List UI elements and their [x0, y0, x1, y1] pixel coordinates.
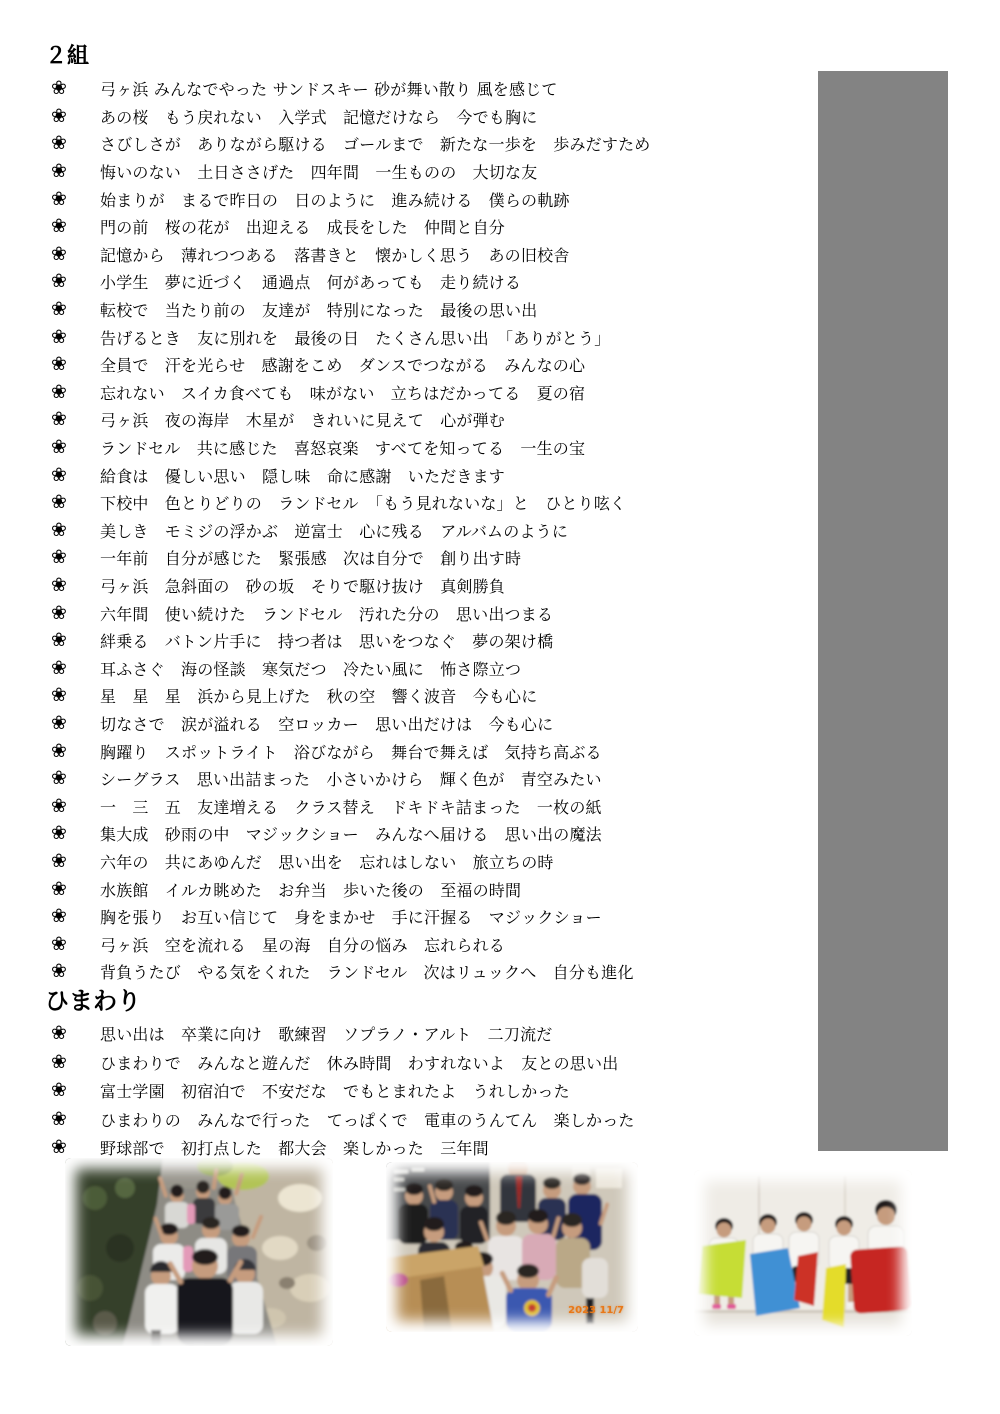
poem-text: 集大成 砂雨の中 マジックショー みんなへ届ける 思い出の魔法: [100, 822, 602, 845]
class2-section-heading: ２組: [45, 44, 820, 70]
flower-bullet-icon: ❀: [48, 880, 70, 899]
poem-text: 全員で 汗を光らせ 感謝をこめ ダンスでつながる みんなの心: [100, 353, 585, 376]
flower-bullet-icon: ❀: [48, 1138, 70, 1157]
poem-text: シーグラス 思い出詰まった 小さいかけら 輝く色が 青空みたい: [100, 767, 602, 790]
poem-text: 一 三 五 友達増える クラス替え ドキドキ詰まった 一枚の紙: [100, 795, 602, 818]
poem-line: ❀告げるとき 友に別れを 最後の日 たくさん思い出 「ありがとう」: [45, 323, 820, 351]
poem-text: 美しき モミジの浮かぶ 逆富士 心に残る アルバムのように: [100, 519, 568, 542]
flower-bullet-icon: ❀: [48, 300, 70, 319]
poem-line: ❀一 三 五 友達増える クラス替え ドキドキ詰まった 一枚の紙: [45, 792, 820, 820]
poem-text: 弓ヶ浜 夜の海岸 木星が きれいに見えて 心が弾む: [100, 408, 505, 431]
poem-line: ❀弓ヶ浜 夜の海岸 木星が きれいに見えて 心が弾む: [45, 406, 820, 434]
gray-placeholder-bar: [818, 71, 948, 1151]
flower-bullet-icon: ❀: [48, 769, 70, 788]
poem-text: 悔いのない 土日ささげた 四年間 一生ものの 大切な友: [100, 160, 537, 183]
poem-line: ❀六年の 共にあゆんだ 思い出を 忘れはしない 旅立ちの時: [45, 848, 820, 876]
himawari-section-heading: ひまわり: [45, 987, 820, 1015]
flower-bullet-icon: ❀: [48, 907, 70, 926]
poem-line: ❀下校中 色とりどりの ランドセル 「もう見れないな」と ひとり呟く: [45, 489, 820, 517]
poem-document-body: ２組 ❀弓ヶ浜 みんなでやった サンドスキー 砂が舞い散り 風を感じて❀あの桜 …: [45, 44, 820, 1162]
flower-bullet-icon: ❀: [48, 1053, 70, 1072]
flower-bullet-icon: ❀: [48, 1024, 70, 1043]
flower-bullet-icon: ❀: [48, 217, 70, 236]
flower-bullet-icon: ❀: [48, 935, 70, 954]
flower-bullet-icon: ❀: [48, 79, 70, 98]
poem-text: 一年前 自分が感じた 緊張感 次は自分で 創り出す時: [100, 546, 521, 569]
flower-bullet-icon: ❀: [48, 438, 70, 457]
poem-text: 背負うたび やる気をくれた ランドセル 次はリュックへ 自分も進化: [100, 960, 634, 983]
photo-classroom-group: 2023 11/7: [386, 1162, 638, 1332]
poem-line: ❀一年前 自分が感じた 緊張感 次は自分で 創り出す時: [45, 544, 820, 572]
poem-text: 星 星 星 浜から見上げた 秋の空 響く波音 今も心に: [100, 684, 537, 707]
pink-shoe: [712, 1304, 721, 1309]
flower-bullet-icon: ❀: [48, 631, 70, 650]
poem-line: ❀ひまわりの みんなで行った てっぱくで 電車のうんてん 楽しかった: [45, 1105, 820, 1134]
poem-line: ❀全員で 汗を光らせ 感謝をこめ ダンスでつながる みんなの心: [45, 351, 820, 379]
flower-bullet-icon: ❀: [48, 1081, 70, 1100]
poem-line: ❀耳ふさぐ 海の怪談 寒気だつ 冷たい風に 怖さ際立つ: [45, 654, 820, 682]
flower-bullet-icon: ❀: [48, 107, 70, 126]
poem-line: ❀水族館 イルカ眺めた お弁当 歩いた後の 至福の時間: [45, 875, 820, 903]
poem-line: ❀記憶から 薄れつつある 落書きと 懐かしく思う あの旧校舎: [45, 241, 820, 269]
poem-text: ひまわりの みんなで行った てっぱくで 電車のうんてん 楽しかった: [100, 1108, 635, 1131]
poem-text: 思い出は 卒業に向け 歌練習 ソプラノ・アルト 二刀流だ: [100, 1022, 552, 1045]
poem-line: ❀あの桜 もう戻れない 入学式 記憶だけなら 今でも胸に: [45, 103, 820, 131]
poem-text: 切なさで 涙が溢れる 空ロッカー 思い出だけは 今も心に: [100, 712, 553, 735]
poem-line: ❀小学生 夢に近づく 通過点 何があっても 走り続ける: [45, 268, 820, 296]
poem-line: ❀ランドセル 共に感じた 喜怒哀楽 すべてを知ってる 一生の宝: [45, 434, 820, 462]
flower-bullet-icon: ❀: [48, 383, 70, 402]
poem-text: ランドセル 共に感じた 喜怒哀楽 すべてを知ってる 一生の宝: [100, 436, 585, 459]
poem-text: ひまわりで みんなと遊んだ 休み時間 わすれないよ 友との思い出: [100, 1051, 618, 1074]
flower-bullet-icon: ❀: [48, 493, 70, 512]
flower-bullet-icon: ❀: [48, 245, 70, 264]
photo-colored-flags: [694, 1170, 912, 1336]
flower-bullet-icon: ❀: [48, 162, 70, 181]
flower-bullet-icon: ❀: [48, 355, 70, 374]
poem-line: ❀絆乗る バトン片手に 持つ者は 思いをつなぐ 夢の架け橋: [45, 627, 820, 655]
poem-text: 給食は 優しい思い 隠し味 命に感謝 いただきます: [100, 464, 505, 487]
flower-bullet-icon: ❀: [48, 410, 70, 429]
desks: [386, 1246, 494, 1332]
class2-poem-list: ❀弓ヶ浜 みんなでやった サンドスキー 砂が舞い散り 風を感じて❀あの桜 もう戻…: [45, 75, 820, 986]
yellow-cloth: [822, 1264, 846, 1328]
red-cloth-large: [850, 1246, 912, 1314]
floor: [694, 1313, 912, 1336]
poem-line: ❀星 星 星 浜から見上げた 秋の空 響く波音 今も心に: [45, 682, 820, 710]
poem-line: ❀美しき モミジの浮かぶ 逆富士 心に残る アルバムのように: [45, 517, 820, 545]
poem-text: 忘れない スイカ食べても 味がない 立ちはだかってる 夏の宿: [100, 381, 585, 404]
flower-bullet-icon: ❀: [48, 852, 70, 871]
poem-text: 弓ヶ浜 空を流れる 星の海 自分の悩み 忘れられる: [100, 933, 505, 956]
page: { "page": { "background": "#ffffff", "bu…: [0, 0, 1000, 1414]
poem-text: 弓ヶ浜 みんなでやった サンドスキー 砂が舞い散り 風を感じて: [100, 77, 558, 100]
poem-line: ❀門の前 桜の花が 出迎える 成長をした 仲間と自分: [45, 213, 820, 241]
flower-bullet-icon: ❀: [48, 576, 70, 595]
poem-text: 六年の 共にあゆんだ 思い出を 忘れはしない 旅立ちの時: [100, 850, 554, 873]
photo-trail-walk: [65, 1158, 333, 1346]
poem-line: ❀給食は 優しい思い 隠し味 命に感謝 いただきます: [45, 461, 820, 489]
front-child-hoodie: [177, 1278, 233, 1346]
himawari-poem-list: ❀思い出は 卒業に向け 歌練習 ソプラノ・アルト 二刀流だ❀ひまわりで みんなと…: [45, 1020, 820, 1163]
poem-line: ❀集大成 砂雨の中 マジックショー みんなへ届ける 思い出の魔法: [45, 820, 820, 848]
flower-bullet-icon: ❀: [48, 714, 70, 733]
poem-text: 絆乗る バトン片手に 持つ者は 思いをつなぐ 夢の架け橋: [100, 629, 553, 652]
poem-line: ❀弓ヶ浜 空を流れる 星の海 自分の悩み 忘れられる: [45, 930, 820, 958]
poem-line: ❀富士学園 初宿泊で 不安だな でもとまれたよ うれしかった: [45, 1077, 820, 1106]
poem-line: ❀シーグラス 思い出詰まった 小さいかけら 輝く色が 青空みたい: [45, 765, 820, 793]
flower-bullet-icon: ❀: [48, 521, 70, 540]
poem-line: ❀背負うたび やる気をくれた ランドセル 次はリュックへ 自分も進化: [45, 958, 820, 986]
poem-text: 水族館 イルカ眺めた お弁当 歩いた後の 至福の時間: [100, 878, 521, 901]
flower-bullet-icon: ❀: [48, 1110, 70, 1129]
poem-text: 始まりが まるで昨日の 日のように 進み続ける 僕らの軌跡: [100, 188, 570, 211]
poem-line: ❀弓ヶ浜 みんなでやった サンドスキー 砂が舞い散り 風を感じて: [45, 75, 820, 103]
chartreuse-cloth: [698, 1240, 746, 1298]
poem-line: ❀転校で 当たり前の 友達が 特別になった 最後の思い出: [45, 296, 820, 324]
poem-line: ❀さびしさが ありながら駆ける ゴールまで 新たな一歩を 歩みだすため: [45, 130, 820, 158]
poem-line: ❀忘れない スイカ食べても 味がない 立ちはだかってる 夏の宿: [45, 379, 820, 407]
poem-text: 野球部で 初打点した 都大会 楽しかった 三年間: [100, 1136, 489, 1159]
flower-bullet-icon: ❀: [48, 328, 70, 347]
flower-bullet-icon: ❀: [48, 548, 70, 567]
poem-text: 胸を張り お互い信じて 身をまかせ 手に汗握る マジックショー: [100, 905, 602, 928]
flower-bullet-icon: ❀: [48, 604, 70, 623]
poem-text: 下校中 色とりどりの ランドセル 「もう見れないな」と ひとり呟く: [100, 491, 626, 514]
flower-bullet-icon: ❀: [48, 190, 70, 209]
poem-line: ❀六年間 使い続けた ランドセル 汚れた分の 思い出つまる: [45, 599, 820, 627]
poem-line: ❀始まりが まるで昨日の 日のように 進み続ける 僕らの軌跡: [45, 185, 820, 213]
poem-text: 小学生 夢に近づく 通過点 何があっても 走り続ける: [100, 270, 521, 293]
poem-text: 告げるとき 友に別れを 最後の日 たくさん思い出 「ありがとう」: [100, 326, 610, 349]
poem-text: 胸躍り スポットライト 浴びながら 舞台で舞えば 気持ち高ぶる: [100, 740, 602, 763]
poem-text: 転校で 当たり前の 友達が 特別になった 最後の思い出: [100, 298, 537, 321]
poem-line: ❀切なさで 涙が溢れる 空ロッカー 思い出だけは 今も心に: [45, 710, 820, 738]
flower-bullet-icon: ❀: [48, 686, 70, 705]
photo-date-stamp: 2023 11/7: [568, 1305, 624, 1316]
flower-bullet-icon: ❀: [48, 272, 70, 291]
flower-bullet-icon: ❀: [48, 824, 70, 843]
poem-line: ❀ひまわりで みんなと遊んだ 休み時間 わすれないよ 友との思い出: [45, 1048, 820, 1077]
poem-text: 記憶から 薄れつつある 落書きと 懐かしく思う あの旧校舎: [100, 243, 569, 266]
poem-text: 弓ヶ浜 急斜面の 砂の坂 そりで駆け抜け 真剣勝負: [100, 574, 505, 597]
flower-bullet-icon: ❀: [48, 797, 70, 816]
poem-text: さびしさが ありながら駆ける ゴールまで 新たな一歩を 歩みだすため: [100, 132, 650, 155]
flower-bullet-icon: ❀: [48, 659, 70, 678]
flower-bullet-icon: ❀: [48, 742, 70, 761]
poem-text: 富士学園 初宿泊で 不安だな でもとまれたよ うれしかった: [100, 1079, 570, 1102]
flower-bullet-icon: ❀: [48, 134, 70, 153]
poem-text: 六年間 使い続けた ランドセル 汚れた分の 思い出つまる: [100, 602, 553, 625]
flower-bullet-icon: ❀: [48, 466, 70, 485]
poem-text: 門の前 桜の花が 出迎える 成長をした 仲間と自分: [100, 215, 505, 238]
flower-bullet-icon: ❀: [48, 962, 70, 981]
poem-text: 耳ふさぐ 海の怪談 寒気だつ 冷たい風に 怖さ際立つ: [100, 657, 521, 680]
poem-line: ❀悔いのない 土日ささげた 四年間 一生ものの 大切な友: [45, 158, 820, 186]
poem-line: ❀思い出は 卒業に向け 歌練習 ソプラノ・アルト 二刀流だ: [45, 1020, 820, 1049]
poem-line: ❀胸を張り お互い信じて 身をまかせ 手に汗握る マジックショー: [45, 903, 820, 931]
poem-line: ❀胸躍り スポットライト 浴びながら 舞台で舞えば 気持ち高ぶる: [45, 737, 820, 765]
poem-text: あの桜 もう戻れない 入学式 記憶だけなら 今でも胸に: [100, 105, 537, 128]
poem-line: ❀弓ヶ浜 急斜面の 砂の坂 そりで駆け抜け 真剣勝負: [45, 572, 820, 600]
